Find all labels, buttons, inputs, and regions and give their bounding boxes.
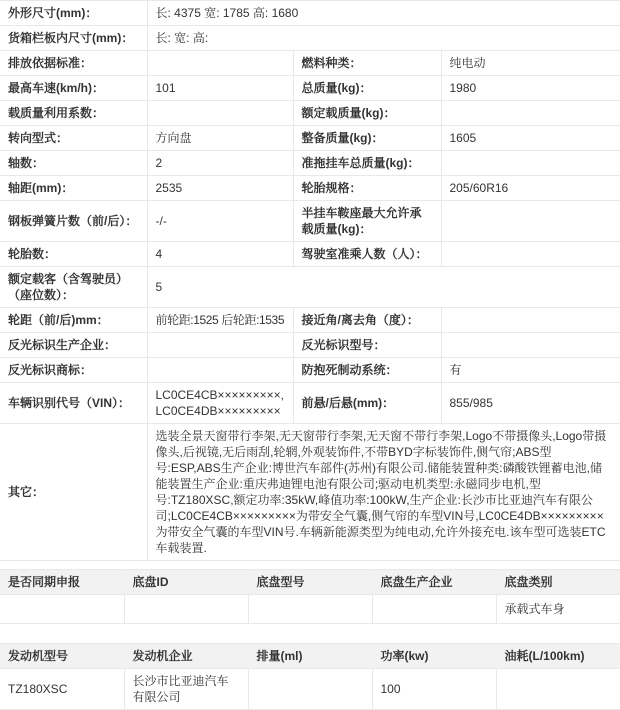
spec-label: 反光标识商标： bbox=[0, 358, 147, 383]
table-cell bbox=[248, 595, 372, 624]
table-row: TZ180XSC 长沙市比亚迪汽车有限公司 100 bbox=[0, 669, 620, 710]
table-cell bbox=[0, 595, 124, 624]
spec-label: 准拖挂车总质量(kg)： bbox=[293, 151, 441, 176]
row-tirecount-cabseats: 轮胎数： 4 驾驶室准乘人数（人）： bbox=[0, 242, 620, 267]
spec-value: 1605 bbox=[441, 126, 620, 151]
spec-value bbox=[441, 201, 620, 242]
table-cell: 长沙市比亚迪汽车有限公司 bbox=[124, 669, 248, 710]
spec-value: -/- bbox=[147, 201, 293, 242]
spec-value: 纯电动 bbox=[441, 51, 620, 76]
column-header: 发动机企业 bbox=[124, 644, 248, 669]
column-header: 排量(ml) bbox=[248, 644, 372, 669]
column-header: 底盘类别 bbox=[496, 570, 620, 595]
spec-label: 半挂车鞍座最大允许承载质量(kg)： bbox=[293, 201, 441, 242]
row-track-angles: 轮距（前/后)mm： 前轮距:1525 后轮距:1535 接近角/离去角（度）： bbox=[0, 308, 620, 333]
column-header: 发动机型号 bbox=[0, 644, 124, 669]
main-spec-table: 外形尺寸(mm)： 长: 4375 宽: 1785 高: 1680 货箱栏板内尺… bbox=[0, 0, 620, 561]
table-cell: TZ180XSC bbox=[0, 669, 124, 710]
spec-label: 反光标识生产企业： bbox=[0, 333, 147, 358]
spec-value: 长: 4375 宽: 1785 高: 1680 bbox=[147, 1, 620, 26]
chassis-header-row: 是否同期申报 底盘ID 底盘型号 底盘生产企业 底盘类别 bbox=[0, 570, 620, 595]
spec-label: 载质量利用系数： bbox=[0, 101, 147, 126]
spec-label: 防抱死制动系统： bbox=[293, 358, 441, 383]
spec-label: 反光标识型号： bbox=[293, 333, 441, 358]
spec-value: 855/985 bbox=[441, 383, 620, 424]
spec-label: 轮距（前/后)mm： bbox=[0, 308, 147, 333]
row-maxspeed-totalmass: 最高车速(km/h)： 101 总质量(kg)： 1980 bbox=[0, 76, 620, 101]
spec-value: 2 bbox=[147, 151, 293, 176]
spec-value: 5 bbox=[147, 267, 620, 308]
column-header: 底盘型号 bbox=[248, 570, 372, 595]
spec-label: 额定载质量(kg)： bbox=[293, 101, 441, 126]
column-header: 底盘ID bbox=[124, 570, 248, 595]
row-exterior-dimensions: 外形尺寸(mm)： 长: 4375 宽: 1785 高: 1680 bbox=[0, 1, 620, 26]
row-reflector-maker-model: 反光标识生产企业： 反光标识型号： bbox=[0, 333, 620, 358]
spec-label: 货箱栏板内尺寸(mm)： bbox=[0, 26, 147, 51]
spec-label: 排放依据标准： bbox=[0, 51, 147, 76]
spec-value: 101 bbox=[147, 76, 293, 101]
spec-label: 总质量(kg)： bbox=[293, 76, 441, 101]
table-cell bbox=[496, 669, 620, 710]
table-row: 承载式车身 bbox=[0, 595, 620, 624]
spec-value: 1980 bbox=[441, 76, 620, 101]
engine-header-row: 发动机型号 发动机企业 排量(ml) 功率(kw) 油耗(L/100km) bbox=[0, 644, 620, 669]
spec-label: 转向型式： bbox=[0, 126, 147, 151]
row-rated-passengers: 额定载客（含驾驶员）（座位数）： 5 bbox=[0, 267, 620, 308]
row-axles-trailermass: 轴数： 2 准拖挂车总质量(kg)： bbox=[0, 151, 620, 176]
other-remarks-value: 选装全景天窗带行李架,无天窗带行李架,无天窗不带行李架,Logo不带摄像头,Lo… bbox=[147, 424, 620, 561]
spec-value: 2535 bbox=[147, 176, 293, 201]
spec-value: 方向盘 bbox=[147, 126, 293, 151]
row-steering-curbweight: 转向型式： 方向盘 整备质量(kg)： 1605 bbox=[0, 126, 620, 151]
spec-label: 额定载客（含驾驶员）（座位数）： bbox=[0, 267, 147, 308]
spec-value bbox=[147, 51, 293, 76]
row-reflector-brand-abs: 反光标识商标： 防抱死制动系统： 有 bbox=[0, 358, 620, 383]
row-other: 其它： 选装全景天窗带行李架,无天窗带行李架,无天窗不带行李架,Logo不带摄像… bbox=[0, 424, 620, 561]
spec-value: 有 bbox=[441, 358, 620, 383]
spec-value bbox=[147, 333, 293, 358]
row-emission-fuel: 排放依据标准： 燃料种类： 纯电动 bbox=[0, 51, 620, 76]
spec-label: 其它： bbox=[0, 424, 147, 561]
table-cell bbox=[372, 595, 496, 624]
column-header: 底盘生产企业 bbox=[372, 570, 496, 595]
spec-label: 轮胎规格： bbox=[293, 176, 441, 201]
spec-label: 整备质量(kg)： bbox=[293, 126, 441, 151]
spec-label: 轴数： bbox=[0, 151, 147, 176]
table-cell bbox=[124, 595, 248, 624]
column-header: 是否同期申报 bbox=[0, 570, 124, 595]
vehicle-spec-page: 外形尺寸(mm)： 长: 4375 宽: 1785 高: 1680 货箱栏板内尺… bbox=[0, 0, 620, 710]
spec-label: 轴距(mm)： bbox=[0, 176, 147, 201]
spec-value: 4 bbox=[147, 242, 293, 267]
row-vin-overhang: 车辆识别代号（VIN）： LC0CE4CB×××××××××,LC0CE4DB×… bbox=[0, 383, 620, 424]
spec-label: 钢板弹簧片数（前/后）： bbox=[0, 201, 147, 242]
spec-label: 轮胎数： bbox=[0, 242, 147, 267]
spec-value bbox=[441, 151, 620, 176]
spec-value bbox=[441, 308, 620, 333]
spec-label: 接近角/离去角（度）： bbox=[293, 308, 441, 333]
row-loadfactor-ratedload: 载质量利用系数： 额定载质量(kg)： bbox=[0, 101, 620, 126]
spec-label: 最高车速(km/h)： bbox=[0, 76, 147, 101]
spec-label: 驾驶室准乘人数（人）： bbox=[293, 242, 441, 267]
spec-value bbox=[147, 358, 293, 383]
spec-value bbox=[147, 101, 293, 126]
spec-value: 长: 宽: 高: bbox=[147, 26, 620, 51]
row-springs-saddleload: 钢板弹簧片数（前/后）： -/- 半挂车鞍座最大允许承载质量(kg)： bbox=[0, 201, 620, 242]
spec-value bbox=[441, 242, 620, 267]
spec-value: 205/60R16 bbox=[441, 176, 620, 201]
spec-label: 前悬/后悬(mm)： bbox=[293, 383, 441, 424]
spec-label: 燃料种类： bbox=[293, 51, 441, 76]
chassis-table: 是否同期申报 底盘ID 底盘型号 底盘生产企业 底盘类别 承载式车身 bbox=[0, 569, 620, 624]
spec-value bbox=[441, 101, 620, 126]
spec-label: 外形尺寸(mm)： bbox=[0, 1, 147, 26]
table-cell bbox=[248, 669, 372, 710]
row-cargo-box-dimensions: 货箱栏板内尺寸(mm)： 长: 宽: 高: bbox=[0, 26, 620, 51]
engine-table: 发动机型号 发动机企业 排量(ml) 功率(kw) 油耗(L/100km) TZ… bbox=[0, 643, 620, 710]
row-wheelbase-tirespec: 轴距(mm)： 2535 轮胎规格： 205/60R16 bbox=[0, 176, 620, 201]
vin-value: LC0CE4CB×××××××××,LC0CE4DB××××××××× bbox=[147, 383, 293, 424]
column-header: 功率(kw) bbox=[372, 644, 496, 669]
spec-label: 车辆识别代号（VIN）： bbox=[0, 383, 147, 424]
spec-value: 前轮距:1525 后轮距:1535 bbox=[147, 308, 293, 333]
column-header: 油耗(L/100km) bbox=[496, 644, 620, 669]
spec-value bbox=[441, 333, 620, 358]
table-cell: 承载式车身 bbox=[496, 595, 620, 624]
table-cell: 100 bbox=[372, 669, 496, 710]
